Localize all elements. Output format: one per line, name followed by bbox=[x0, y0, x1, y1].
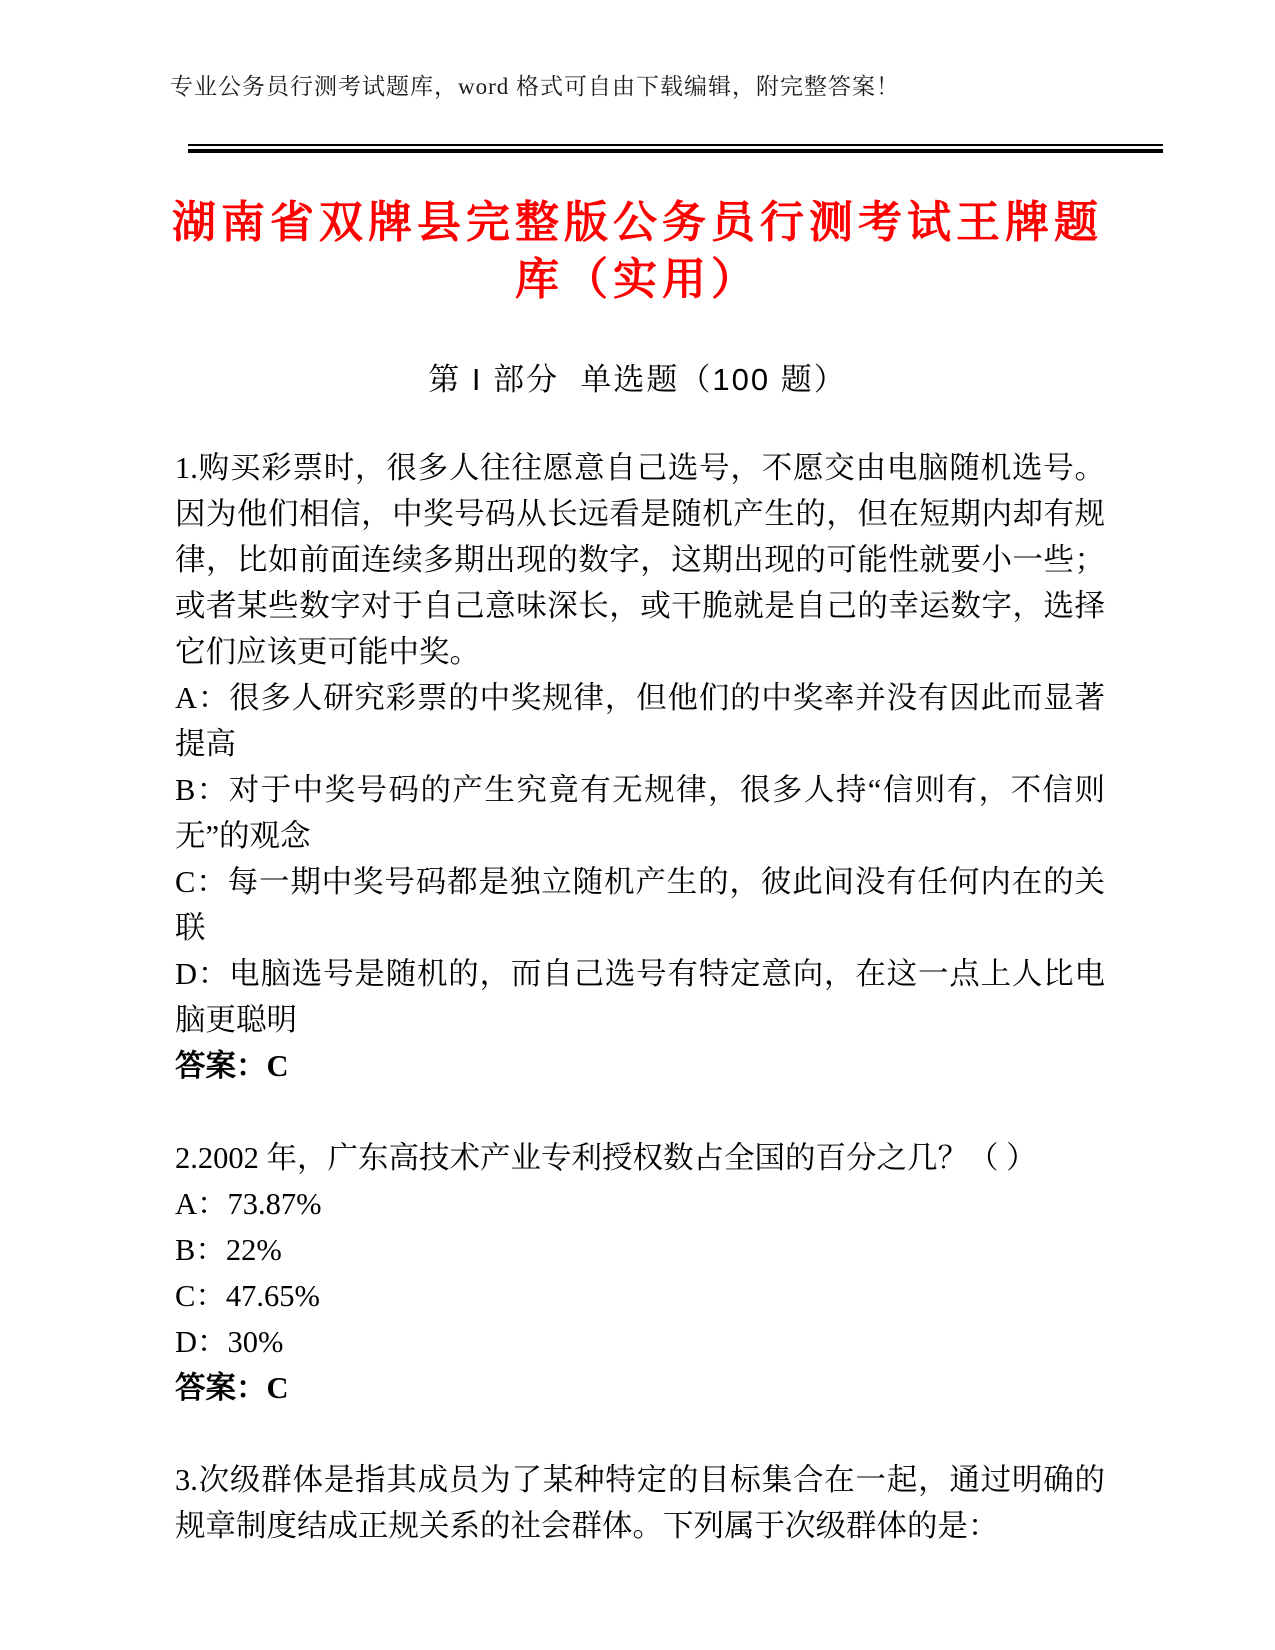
document-page: 专业公务员行测考试题库，word 格式可自由下载编辑，附完整答案！ 湖南省双牌县… bbox=[0, 0, 1275, 1650]
header-divider bbox=[188, 144, 1163, 153]
question-1-answer: 答案：C bbox=[175, 1043, 1105, 1089]
question-2-option-d: D：30% bbox=[175, 1319, 1105, 1365]
section-heading: 第 I 部分 单选题（100 题） bbox=[0, 361, 1275, 399]
question-3: 3.次级群体是指其成员为了某种特定的目标集合在一起，通过明确的规章制度结成正规关… bbox=[175, 1457, 1105, 1549]
question-3-stem: 3.次级群体是指其成员为了某种特定的目标集合在一起，通过明确的规章制度结成正规关… bbox=[175, 1457, 1105, 1549]
question-2: 2.2002 年，广东高技术产业专利授权数占全国的百分之几？（ ） A：73.8… bbox=[175, 1135, 1105, 1411]
document-title: 湖南省双牌县完整版公务员行测考试王牌题库（实用） bbox=[170, 194, 1105, 308]
question-2-option-a: A：73.87% bbox=[175, 1181, 1105, 1227]
question-1-option-d: D：电脑选号是随机的，而自己选号有特定意向，在这一点上人比电脑更聪明 bbox=[175, 951, 1105, 1043]
question-2-stem: 2.2002 年，广东高技术产业专利授权数占全国的百分之几？（ ） bbox=[175, 1135, 1105, 1181]
question-list: 1.购买彩票时，很多人往往愿意自己选号，不愿交由电脑随机选号。因为他们相信，中奖… bbox=[175, 445, 1105, 1549]
question-1-option-a: A：很多人研究彩票的中奖规律，但他们的中奖率并没有因此而显著提高 bbox=[175, 675, 1105, 767]
question-2-answer: 答案：C bbox=[175, 1365, 1105, 1411]
question-2-option-b: B：22% bbox=[175, 1227, 1105, 1273]
question-2-option-c: C：47.65% bbox=[175, 1273, 1105, 1319]
question-1-option-c: C：每一期中奖号码都是独立随机产生的，彼此间没有任何内在的关联 bbox=[175, 859, 1105, 951]
document-header: 专业公务员行测考试题库，word 格式可自由下载编辑，附完整答案！ bbox=[0, 0, 1275, 102]
header-notice: 专业公务员行测考试题库，word 格式可自由下载编辑，附完整答案！ bbox=[170, 72, 1130, 102]
question-1: 1.购买彩票时，很多人往往愿意自己选号，不愿交由电脑随机选号。因为他们相信，中奖… bbox=[175, 445, 1105, 1089]
question-1-stem: 1.购买彩票时，很多人往往愿意自己选号，不愿交由电脑随机选号。因为他们相信，中奖… bbox=[175, 445, 1105, 675]
question-1-option-b: B：对于中奖号码的产生究竟有无规律，很多人持“信则有，不信则无”的观念 bbox=[175, 767, 1105, 859]
